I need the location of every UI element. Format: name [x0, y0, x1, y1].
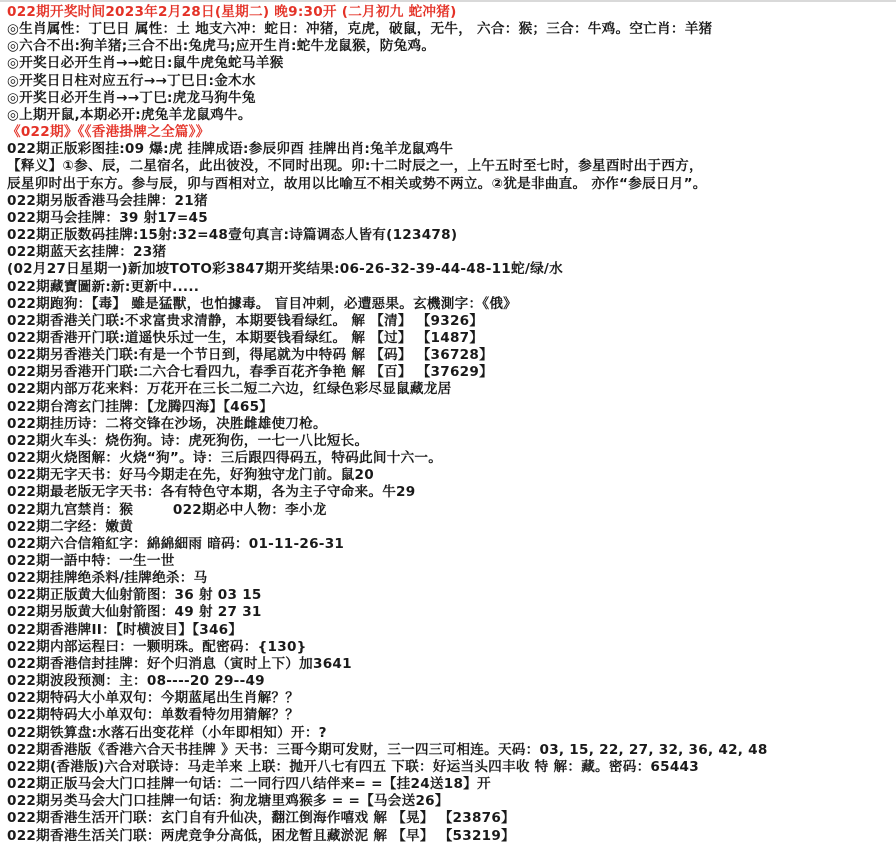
alt-hk-closing-couplet-line: 022期另香港关门联:有是一个节日到，得尾就为中特码 解 【码】 【36728】 [7, 347, 892, 364]
taiwan-xuanmen-board-line: 022期台湾玄门挂牌：【龙腾四海】【465】 [7, 399, 892, 416]
jockey-board-line: 022期马会挂牌：39 射17=45 [7, 210, 892, 227]
official-color-chart-line: 022期正版彩图挂:09 爆:虎 挂牌成语:参辰卯酉 挂牌出肖:兔羊龙鼠鸡牛 [7, 141, 892, 158]
oldest-wordless-book-line: 022期最老版无字天书：各有特色守本期，各为主子守命来。牛29 [7, 484, 892, 501]
hk-life-opening-couplet-line: 022期香港生活开门联：玄门自有升仙决，翻江倒海作嘻戏 解 【晃】 【23876… [7, 810, 892, 827]
blue-sky-board-line: 022期蓝天玄挂牌：23猪 [7, 244, 892, 261]
zodiac-attributes-line: ◎生肖属性：丁巳日 属性：土 地支六冲：蛇日：冲猪，克虎，破鼠，无牛， 六合：猴… [7, 21, 892, 38]
hk-opening-couplet-line: 022期香港开门联:道遥快乐过一生，本期要钱看绿红。 解 【过】 【1487】 [7, 330, 892, 347]
internal-fortune-line: 022期内部运程曰：一颗明珠。配密码：{130} [7, 639, 892, 656]
liuhe-mailbox-red-word-line: 022期六合信箱紅字：綿綿細雨 暗码：01-11-26-31 [7, 536, 892, 553]
calendar-poem-line: 022期挂历诗：二将交锋在沙场，决胜雌雄使刀枪。 [7, 416, 892, 433]
alt-hk-jockey-board-line: 022期另版香港马会挂牌：21猪 [7, 193, 892, 210]
official-digital-board-line: 022期正版数码挂牌:15射:32=48壹句真言:诗篇调态人皆有(123478) [7, 227, 892, 244]
official-gate-board-line: 022期正版马会大门口挂牌一句话：二一同行四八结伴来= =【挂24送18】开 [7, 776, 892, 793]
fire-chart-line: 022期火烧图解：火烧“狗”。诗：三后跟四得码五，特码此间十六一。 [7, 450, 892, 467]
interpretation-line-1: 【释义】①参、辰，二星宿名，此出彼没，不同时出现。卯:十二时辰之一，上午五时至七… [7, 158, 892, 175]
hk-board-ii-line: 022期香港牌II：【时横波目】【346】 [7, 622, 892, 639]
alt-hk-opening-couplet-line: 022期另香港开门联:二六合七看四九，春季百花齐争艳 解 【百】 【37629】 [7, 364, 892, 381]
section-title: 《022期》《《香港掛牌之全篇》》 [7, 124, 892, 141]
hk-closing-couplet-line: 022期香港关门联:不求富贵求清静，本期要钱看绿红。 解 【清】 【9326】 [7, 313, 892, 330]
iron-abacus-line: 022期铁算盘:水落石出变花样（小年即相知）开：? [7, 725, 892, 742]
alt-wongtaisin-arrow-line: 022期另版黄大仙射箭图：49 射 27 31 [7, 604, 892, 621]
text-lines-container: 022期开奖时间2023年2月28日(星期二) 晚9:30开 (二月初九 蛇冲猪… [7, 4, 892, 845]
five-elements-line: ◎开奖日日柱对应五行→→丁巳日:金木水 [7, 73, 892, 90]
internal-wanhua-line: 022期内部万花来料：万花开在三长二短二六边，红绿色彩尽显鼠藏龙居 [7, 381, 892, 398]
one-phrase-special-line: 022期一語中特：一生一世 [7, 553, 892, 570]
must-open-zodiac-snake-line: ◎开奖日必开生肖→→蛇日:鼠牛虎兔蛇马羊猴 [7, 55, 892, 72]
hk-couplet-poem-line: 022期(香港版)六合对联诗：马走羊来 上联：抛开八七有四五 下联：好运当头四丰… [7, 759, 892, 776]
jiugong-forbidden-zodiac-line: 022期九宫禁肖：猴 022期必中人物：李小龙 [7, 502, 892, 519]
board-kill-line: 022期挂牌绝杀料/挂牌绝杀：马 [7, 570, 892, 587]
locomotive-line: 022期火车头：烧伤狗。诗：虎死狗伤，一七一八比短长。 [7, 433, 892, 450]
two-word-scripture-line: 022期二字经：嫩黄 [7, 519, 892, 536]
must-open-zodiac-dingsi-line: ◎开奖日必开生肖→→丁巳:虎龙马狗牛兔 [7, 90, 892, 107]
special-code-sentence-line-2: 022期特码大小单双句：单数看特勿用猜解？？ [7, 707, 892, 724]
hk-heavenly-book-line: 022期香港版《香港六合天书挂牌 》天书：三哥今期可发财，三一四三可相连。天码：… [7, 742, 892, 759]
singapore-toto-result-line: (02月27日星期一)新加坡TOTO彩3847期开奖结果:06-26-32-39… [7, 261, 892, 278]
wave-prediction-line: 022期波段预测：主：08----20 29--49 [7, 673, 892, 690]
previous-draw-line: ◎上期开鼠,本期必开:虎兔羊龙鼠鸡牛。 [7, 107, 892, 124]
wordless-book-line: 022期无字天书：好马今期走在先，好狗独守龙门前。鼠20 [7, 467, 892, 484]
alt-gate-board-line: 022期另类马会大门口挂牌一句话：狗龙塘里鸡猴多 = =【马会送26】 [7, 793, 892, 810]
special-code-sentence-line-1: 022期特码大小单双句：今期蓝尾出生肖解？？ [7, 690, 892, 707]
treasure-map-line: 022期藏寶圖新:新:更新中..... [7, 279, 892, 296]
lottery-tips-page: 022期开奖时间2023年2月28日(星期二) 晚9:30开 (二月初九 蛇冲猪… [0, 0, 896, 857]
interpretation-line-2: 辰星卯时出于东方。参与辰，卯与酉相对立，故用以比喻互不相关或势不两立。②犹是非曲… [7, 176, 892, 193]
draw-time-header: 022期开奖时间2023年2月28日(星期二) 晚9:30开 (二月初九 蛇冲猪… [7, 4, 892, 21]
hk-life-closing-couplet-line: 022期香港生活关门联：两虎竞争分高低，困龙暂且藏淤泥 解 【早】 【53219… [7, 828, 892, 845]
official-wongtaisin-arrow-line: 022期正版黄大仙射箭图：36 射 03 15 [7, 587, 892, 604]
hk-envelope-board-line: 022期香港信封挂牌：好个归消息（寅时上下）加3641 [7, 656, 892, 673]
liuhe-exclusion-line: ◎六合不出:狗羊猪;三合不出:兔虎马;应开生肖:蛇牛龙鼠猴，防兔鸡。 [7, 38, 892, 55]
running-dog-line: 022期跑狗：【毒】 雖是猛獸，也怕據毒。 盲目冲刺，必遭惡果。玄機測字：《俄》 [7, 296, 892, 313]
